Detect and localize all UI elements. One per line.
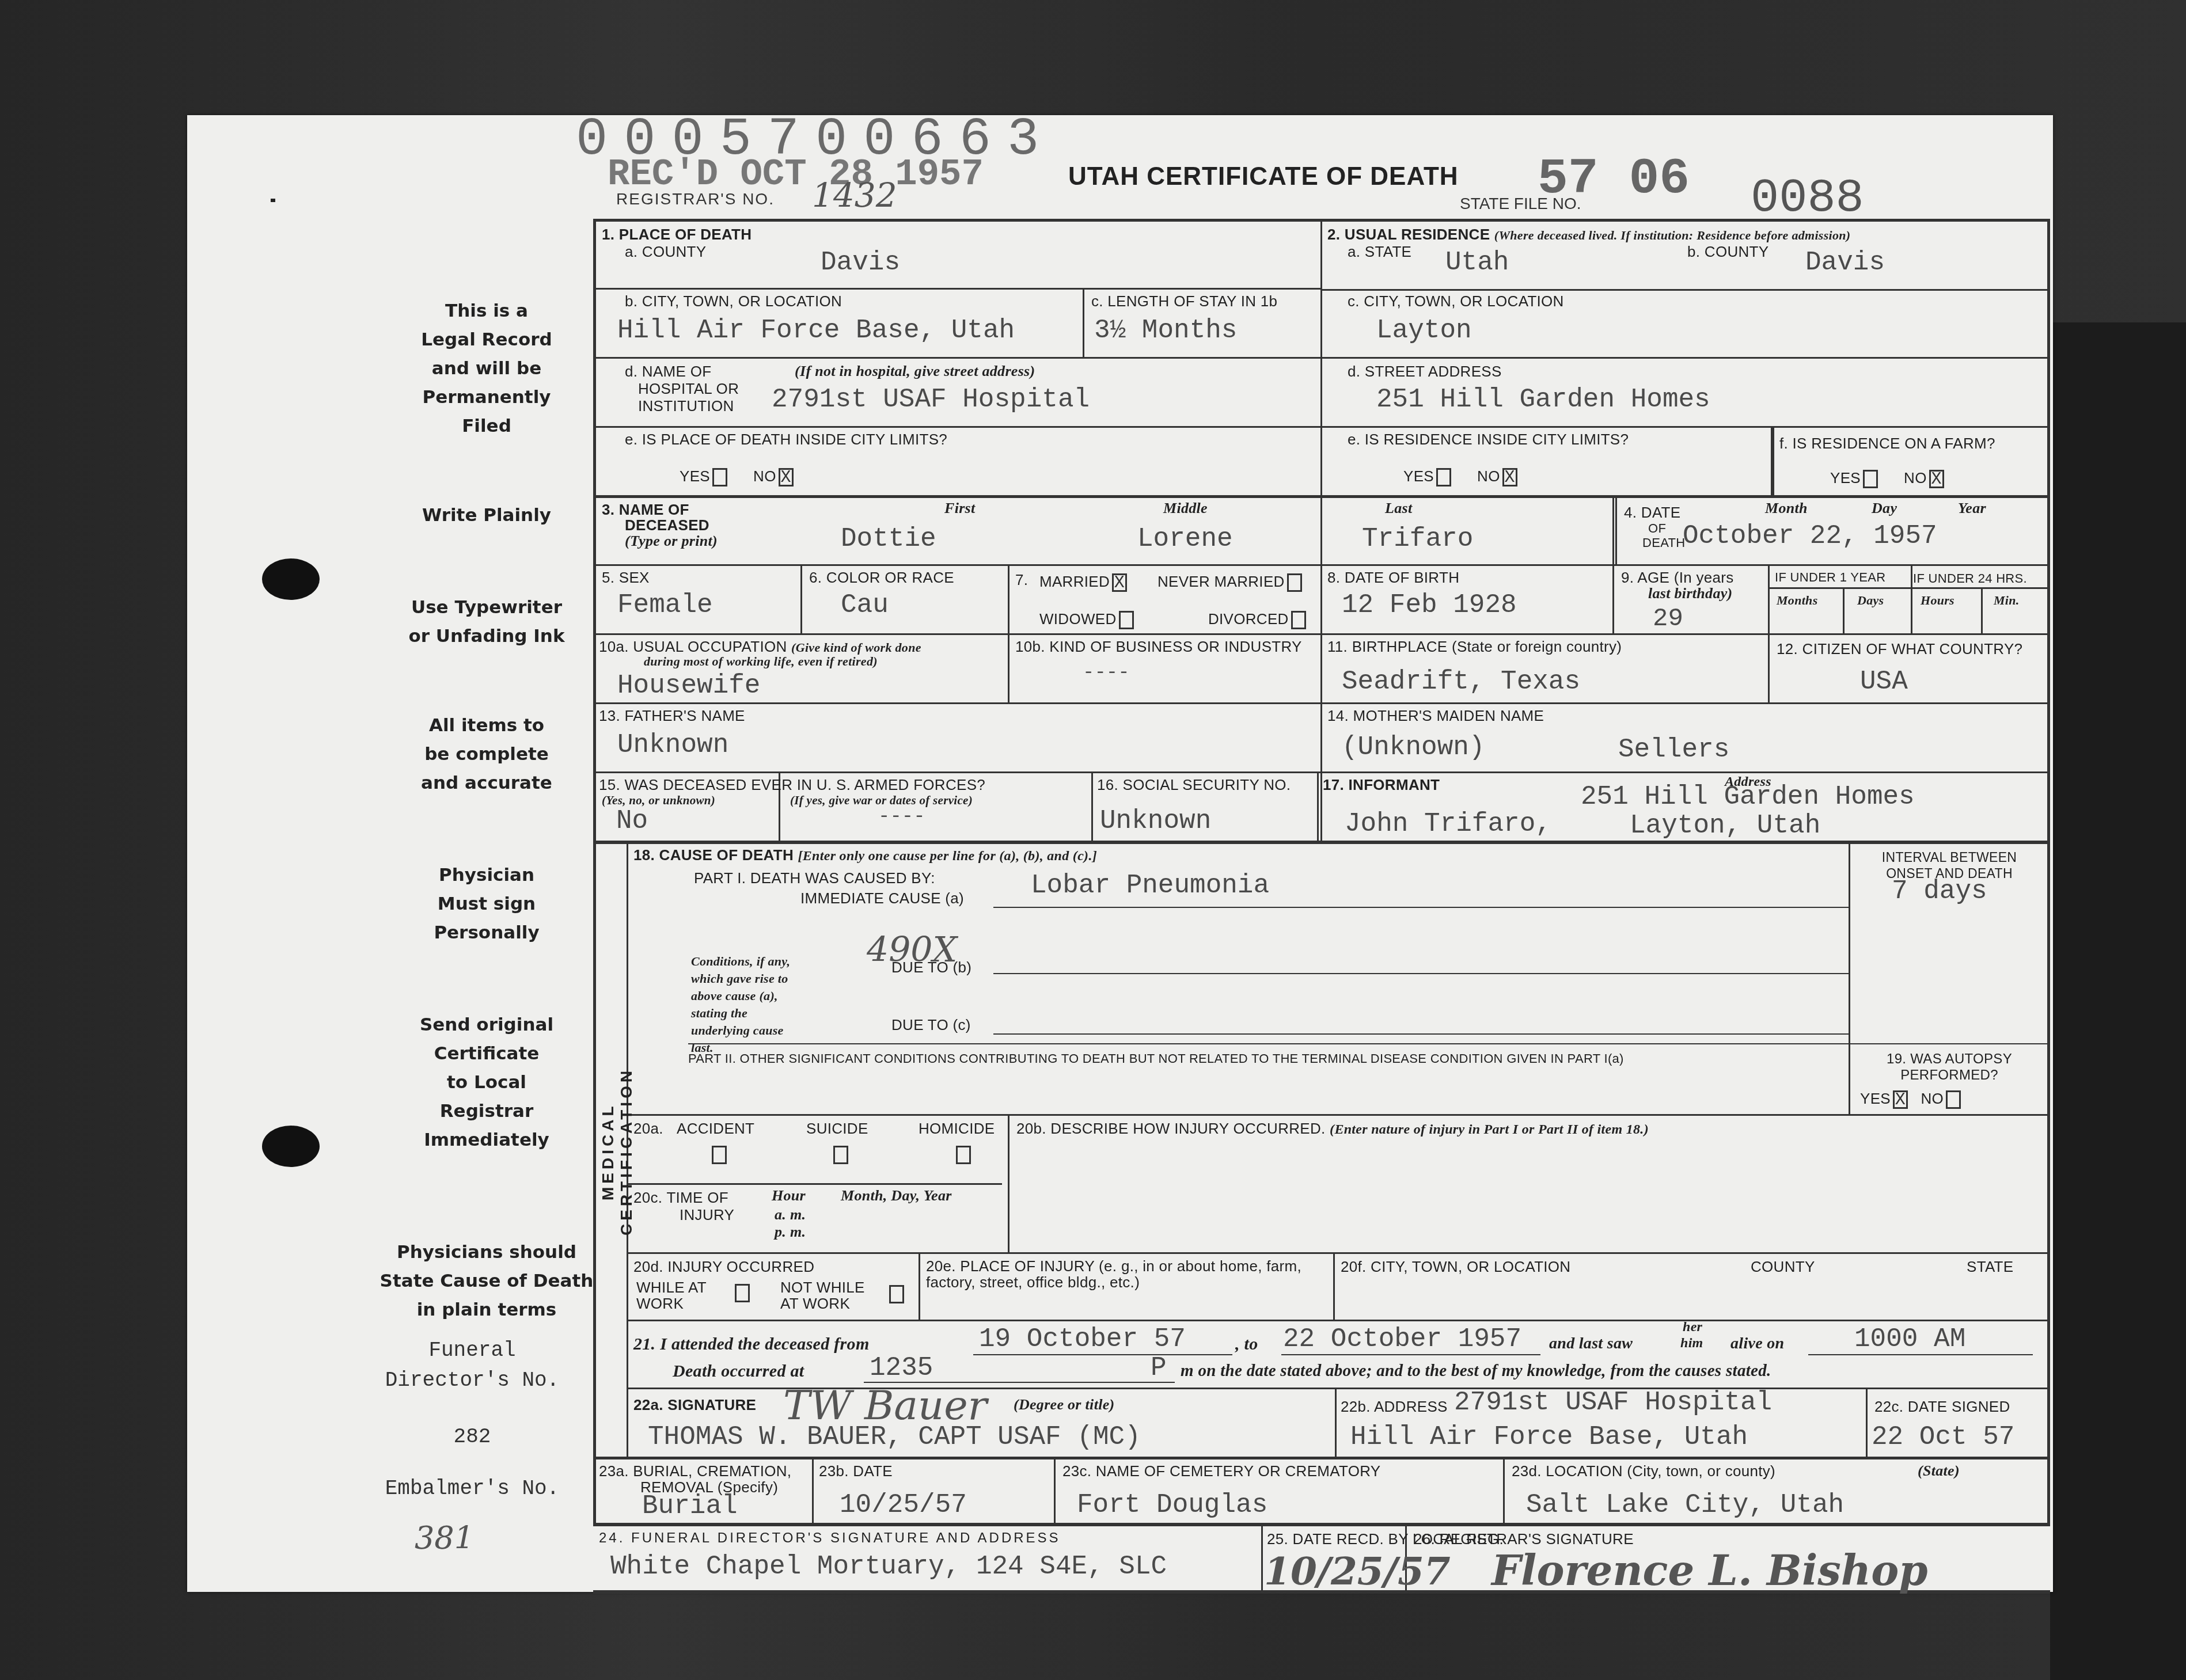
mother-last-field[interactable]: Sellers bbox=[1618, 735, 1729, 765]
rule bbox=[1091, 771, 1093, 841]
punch-hole bbox=[262, 558, 320, 600]
page-title: UTAH CERTIFICATE OF DEATH bbox=[1068, 162, 1459, 191]
dod-label-3: DEATH bbox=[1642, 535, 1685, 550]
death-city-limits-label: e. IS PLACE OF DEATH INSIDE CITY LIMITS? bbox=[625, 431, 947, 448]
dod-year-label: Year bbox=[1958, 500, 1986, 517]
sex-label: 5. SEX bbox=[602, 569, 650, 587]
rule bbox=[1768, 633, 1770, 702]
informant-address-1-field[interactable]: 251 Hill Garden Homes bbox=[1581, 782, 1915, 812]
last-seen-field[interactable]: 1000 AM bbox=[1854, 1324, 1965, 1354]
disposition-date-field[interactable]: 10/25/57 bbox=[840, 1490, 967, 1520]
homicide-checkbox[interactable] bbox=[956, 1146, 971, 1164]
min-label: Min. bbox=[1994, 593, 2020, 608]
armed-forces-label: 15. WAS DECEASED EVER IN U. S. ARMED FOR… bbox=[599, 776, 985, 794]
rule bbox=[1849, 841, 1850, 1114]
race-label: 6. COLOR OR RACE bbox=[809, 569, 954, 587]
rule bbox=[973, 1354, 1232, 1355]
informant-label: 17. INFORMANT bbox=[1323, 776, 1440, 794]
rule bbox=[993, 907, 1849, 908]
name-label-3: (Type or print) bbox=[625, 533, 718, 550]
death-city-field[interactable]: Hill Air Force Base, Utah bbox=[617, 316, 1015, 345]
divorced-checkbox[interactable] bbox=[1291, 611, 1306, 629]
first-name-field[interactable]: Dottie bbox=[841, 524, 936, 554]
rule bbox=[993, 1033, 1849, 1035]
rule bbox=[628, 1320, 2050, 1321]
months-label: Months bbox=[1777, 593, 1818, 608]
punch-hole bbox=[262, 1126, 320, 1167]
rule bbox=[1261, 1523, 1263, 1592]
rule bbox=[1612, 495, 1614, 564]
rule bbox=[1503, 1457, 1505, 1523]
manner-label: 20a. bbox=[633, 1120, 663, 1138]
manner-suicide-label: SUICIDE bbox=[806, 1120, 868, 1138]
funeral-director-label: 24. FUNERAL DIRECTOR'S SIGNATURE AND ADD… bbox=[599, 1530, 1061, 1546]
autopsy-no-checkbox[interactable] bbox=[1946, 1090, 1961, 1109]
industry-field[interactable]: ---- bbox=[1083, 662, 1130, 684]
res-state-label: a. STATE bbox=[1348, 243, 1411, 261]
rule bbox=[919, 1252, 920, 1320]
autopsy-yes-checkbox[interactable]: X bbox=[1893, 1090, 1908, 1109]
hospital-label-1: d. NAME OF bbox=[625, 363, 711, 381]
birthplace-label: 11. BIRTHPLACE (State or foreign country… bbox=[1327, 638, 1622, 656]
res-city-label: c. CITY, TOWN, OR LOCATION bbox=[1348, 292, 1564, 310]
margin-note-write-plainly: Write Plainly bbox=[360, 501, 613, 530]
cert-address-1-field[interactable]: 2791st USAF Hospital bbox=[1454, 1388, 1772, 1417]
rule bbox=[593, 288, 1322, 290]
ssn-label: 16. SOCIAL SECURITY NO. bbox=[1097, 776, 1291, 794]
rule bbox=[1322, 289, 2050, 291]
rule bbox=[1773, 426, 1774, 495]
death-city-limits-yes-checkbox[interactable] bbox=[712, 468, 727, 486]
alive-on-label: alive on bbox=[1730, 1335, 1784, 1353]
occupation-field[interactable]: Housewife bbox=[617, 671, 760, 701]
hours-label: Hours bbox=[1921, 593, 1955, 608]
name-label-2: DECEASED bbox=[625, 516, 709, 534]
rule bbox=[1615, 495, 1617, 564]
rule bbox=[1808, 1354, 2033, 1355]
part1-label: PART I. DEATH WAS CAUSED BY: bbox=[694, 869, 935, 887]
hospital-label-2: HOSPITAL OR bbox=[638, 380, 739, 398]
rule bbox=[1008, 1114, 1009, 1252]
birthplace-field[interactable]: Seadrift, Texas bbox=[1342, 667, 1580, 697]
res-street-field[interactable]: 251 Hill Garden Homes bbox=[1376, 385, 1710, 415]
disposition-date-label: 23b. DATE bbox=[819, 1462, 893, 1480]
res-street-label: d. STREET ADDRESS bbox=[1348, 363, 1502, 381]
farm-options: YES NOX bbox=[1830, 469, 1944, 488]
backing-board bbox=[2050, 322, 2186, 1680]
occupation-hint: during most of working life, even if ret… bbox=[644, 654, 878, 669]
rule bbox=[593, 841, 2050, 844]
father-label: 13. FATHER'S NAME bbox=[599, 707, 745, 725]
rule bbox=[1843, 587, 1845, 633]
sex-field[interactable]: Female bbox=[617, 590, 713, 620]
res-county-label: b. COUNTY bbox=[1687, 243, 1768, 261]
rule bbox=[800, 564, 802, 633]
cemetery-label: 23c. NAME OF CEMETERY OR CREMATORY bbox=[1062, 1462, 1380, 1480]
hour-label: Hour bbox=[772, 1187, 806, 1204]
hospital-hint: (If not in hospital, give street address… bbox=[795, 363, 1035, 380]
date-signed-field[interactable]: 22 Oct 57 bbox=[1872, 1422, 2014, 1452]
marital-divorced: DIVORCED bbox=[1208, 610, 1306, 629]
date-of-death-field[interactable]: October 22, 1957 bbox=[1683, 521, 1937, 551]
death-city-limits-options: YES NOX bbox=[680, 467, 794, 486]
medical-certification-label: MEDICAL CERTIFICATION bbox=[599, 1036, 628, 1267]
res-city-field[interactable]: Layton bbox=[1376, 316, 1472, 345]
cert-address-label: 22b. ADDRESS bbox=[1341, 1398, 1448, 1416]
hospital-field[interactable]: 2791st USAF Hospital bbox=[772, 385, 1090, 415]
disposition-state-label: (State) bbox=[1918, 1462, 1960, 1480]
due-to-c-label: DUE TO (c) bbox=[891, 1016, 971, 1034]
under-24-label: IF UNDER 24 HRS. bbox=[1913, 571, 2027, 586]
pm-label: p. m. bbox=[775, 1223, 806, 1241]
citizen-label: 12. CITIZEN OF WHAT COUNTRY? bbox=[1777, 640, 2022, 658]
rule bbox=[1866, 1388, 1868, 1457]
rule bbox=[1768, 564, 1770, 633]
state-file-label: STATE FILE NO. bbox=[1460, 195, 1581, 213]
death-county-field[interactable]: Davis bbox=[821, 248, 900, 278]
attestation-statement: m on the date stated above; and to the b… bbox=[1181, 1362, 1771, 1381]
autopsy-options: YESX NO bbox=[1860, 1090, 1961, 1109]
first-name-label: First bbox=[944, 500, 976, 517]
rule bbox=[1768, 587, 2050, 589]
margin-note-legal-record: This is a Legal Record and will be Perma… bbox=[360, 297, 613, 440]
dod-label-1: 4. DATE bbox=[1624, 504, 1680, 522]
place-of-death-heading: 1. PLACE OF DEATH bbox=[602, 226, 752, 244]
dob-label: 8. DATE OF BIRTH bbox=[1327, 569, 1459, 587]
cemetery-field[interactable]: Fort Douglas bbox=[1077, 1490, 1267, 1520]
res-city-limits-no-checkbox[interactable]: X bbox=[1502, 468, 1517, 486]
res-city-limits-options: YES NOX bbox=[1403, 467, 1517, 486]
title-main: CERTIFICATE OF DEATH bbox=[1147, 162, 1458, 191]
immediate-cause-field[interactable]: Lobar Pneumonia bbox=[1031, 871, 1269, 900]
age-label-2: last birthday) bbox=[1648, 585, 1733, 602]
suicide-checkbox[interactable] bbox=[833, 1146, 848, 1164]
informant-field[interactable]: John Trifaro, bbox=[1345, 809, 1551, 839]
him-label: him bbox=[1680, 1336, 1703, 1351]
rule bbox=[1008, 564, 1009, 702]
farm-no-checkbox[interactable]: X bbox=[1929, 470, 1944, 488]
not-while-at-work-checkbox[interactable] bbox=[889, 1285, 904, 1303]
funeral-director-field[interactable]: White Chapel Mortuary, 124 S4E, SLC bbox=[610, 1552, 1167, 1582]
injury-state-label: STATE bbox=[1967, 1258, 2013, 1276]
age-field[interactable]: 29 bbox=[1653, 605, 1683, 633]
margin-note-plain-terms: Physicians should State Cause of Death i… bbox=[351, 1238, 622, 1324]
disposition-location-field[interactable]: Salt Lake City, Utah bbox=[1526, 1490, 1844, 1520]
margin-note-typewriter: Use Typewriter or Unfading Ink bbox=[360, 593, 613, 651]
margin-note-send-original: Send original Certificate to Local Regis… bbox=[360, 1010, 613, 1154]
father-field[interactable]: Unknown bbox=[617, 730, 728, 760]
date-recd-field[interactable]: 10/25/57 bbox=[1264, 1549, 1451, 1594]
days-label: Days bbox=[1857, 593, 1884, 608]
res-county-field[interactable]: Davis bbox=[1805, 248, 1885, 278]
rule bbox=[628, 1252, 2050, 1254]
mdy-label: Month, Day, Year bbox=[841, 1187, 952, 1204]
res-city-limits-yes-checkbox[interactable] bbox=[1436, 468, 1451, 486]
county-label: a. COUNTY bbox=[625, 243, 706, 261]
interval-field[interactable]: 7 days bbox=[1892, 876, 1987, 906]
her-label: her bbox=[1683, 1320, 1702, 1335]
rule bbox=[1335, 1388, 1337, 1457]
under-1-year-label: IF UNDER 1 YEAR bbox=[1775, 570, 1885, 585]
death-occurred-label: Death occurred at bbox=[673, 1362, 804, 1381]
service-dates-field[interactable]: ---- bbox=[878, 806, 925, 828]
res-city-limits-label: e. IS RESIDENCE INSIDE CITY LIMITS? bbox=[1348, 431, 1629, 448]
length-of-stay-label: c. LENGTH OF STAY IN 1b bbox=[1091, 292, 1277, 310]
while-at-work-label: WHILE AT WORK bbox=[636, 1279, 711, 1312]
last-name-field[interactable]: Trifaro bbox=[1362, 524, 1473, 554]
due-to-b-label: DUE TO (b) bbox=[891, 959, 971, 976]
marital-widowed: WIDOWED bbox=[1039, 610, 1134, 629]
middle-name-field[interactable]: Lorene bbox=[1137, 524, 1233, 554]
rule bbox=[628, 1183, 1002, 1185]
marital-never-married: NEVER MARRIED bbox=[1157, 573, 1302, 592]
usual-residence-heading: 2. USUAL RESIDENCE (Where deceased lived… bbox=[1327, 226, 1850, 244]
manner-accident-label: ACCIDENT bbox=[677, 1120, 754, 1138]
degree-label: (Degree or title) bbox=[1014, 1396, 1114, 1413]
death-city-label: b. CITY, TOWN, OR LOCATION bbox=[625, 292, 842, 310]
rule bbox=[1333, 1252, 1335, 1320]
margin-note-complete: All items to be complete and accurate bbox=[360, 711, 613, 797]
middle-name-label: Middle bbox=[1163, 500, 1208, 517]
state-file-no: 0088 bbox=[1751, 172, 1864, 225]
dod-month-label: Month bbox=[1765, 500, 1808, 517]
rule bbox=[1320, 219, 1322, 841]
armed-forces-field[interactable]: No bbox=[616, 806, 648, 836]
place-injury-label: 20e. PLACE OF INJURY (e. g., in or about… bbox=[926, 1258, 1329, 1290]
registrars-no-label: REGISTRAR'S NO. bbox=[616, 190, 775, 208]
injury-county-label: COUNTY bbox=[1751, 1258, 1815, 1276]
cert-address-2-field[interactable]: Hill Air Force Base, Utah bbox=[1350, 1422, 1748, 1452]
meridiem-field[interactable]: P bbox=[1151, 1353, 1167, 1383]
attended-label: 21. I attended the deceased from bbox=[633, 1335, 870, 1354]
informant-address-2-field[interactable]: Layton, Utah bbox=[1630, 811, 1820, 841]
rule bbox=[1281, 1354, 1540, 1355]
rule bbox=[1612, 564, 1614, 633]
never-married-checkbox[interactable] bbox=[1287, 573, 1302, 592]
time-injury-label-2: INJURY bbox=[680, 1206, 734, 1224]
embalmer-no: 381 bbox=[415, 1520, 474, 1556]
rule bbox=[1054, 1457, 1056, 1523]
res-state-field[interactable]: Utah bbox=[1445, 248, 1509, 278]
manner-homicide-label: HOMICIDE bbox=[919, 1120, 995, 1138]
last-saw-label: and last saw bbox=[1549, 1335, 1633, 1353]
industry-label: 10b. KIND OF BUSINESS OR INDUSTRY bbox=[1015, 638, 1302, 656]
attended-from-field[interactable]: 19 October 57 bbox=[979, 1324, 1186, 1354]
not-while-at-work-label: NOT WHILE AT WORK bbox=[780, 1279, 872, 1312]
last-name-label: Last bbox=[1385, 500, 1412, 517]
injury-city-label: 20f. CITY, TOWN, OR LOCATION bbox=[1341, 1258, 1570, 1276]
occupation-label: 10a. USUAL OCCUPATION (Give kind of work… bbox=[599, 638, 921, 656]
rule bbox=[1911, 564, 1912, 633]
while-at-work-checkbox[interactable] bbox=[735, 1284, 750, 1302]
registrar-signature[interactable]: Florence L. Bishop bbox=[1492, 1546, 1928, 1595]
immediate-cause-label: IMMEDIATE CAUSE (a) bbox=[800, 890, 964, 907]
part2-label: PART II. OTHER SIGNIFICANT CONDITIONS CO… bbox=[688, 1051, 1624, 1066]
to-label: , to bbox=[1235, 1335, 1258, 1354]
marital-label: 7. bbox=[1015, 571, 1028, 589]
attended-to-field[interactable]: 22 October 1957 bbox=[1283, 1324, 1521, 1354]
embalmer-no-label: Embalmer's No. bbox=[346, 1474, 599, 1504]
rule bbox=[1317, 771, 1319, 841]
injury-occurred-label: 20d. INJURY OCCURRED bbox=[633, 1258, 814, 1276]
rule bbox=[688, 1043, 2050, 1044]
am-label: a. m. bbox=[775, 1206, 806, 1223]
rule bbox=[593, 1523, 2050, 1526]
margin-note-physician-sign: Physician Must sign Personally bbox=[360, 861, 613, 947]
signer-field[interactable]: THOMAS W. BAUER, CAPT USAF (MC) bbox=[648, 1422, 1141, 1452]
rule bbox=[628, 1114, 2050, 1116]
time-injury-label-1: 20c. TIME OF bbox=[633, 1189, 728, 1207]
cause-heading: 18. CAUSE OF DEATH [Enter only one cause… bbox=[633, 846, 1097, 864]
dod-day-label: Day bbox=[1872, 500, 1897, 517]
mother-first-field[interactable]: (Unknown) bbox=[1342, 732, 1485, 762]
age-label-1: 9. AGE (In years bbox=[1621, 569, 1734, 587]
widowed-checkbox[interactable] bbox=[1119, 611, 1134, 629]
funeral-director-no: 282 bbox=[346, 1422, 599, 1452]
farm-yes-checkbox[interactable] bbox=[1863, 470, 1878, 488]
length-of-stay-field[interactable]: 3½ Months bbox=[1094, 316, 1237, 345]
disposition-location-label: 23d. LOCATION (City, town, or county) bbox=[1512, 1462, 1775, 1480]
signature-label: 22a. SIGNATURE bbox=[633, 1396, 756, 1414]
title-state: UTAH bbox=[1068, 162, 1139, 191]
funeral-director-no-label: Funeral Director's No. bbox=[346, 1336, 599, 1396]
conditions-hint: Conditions, if any, which gave rise to a… bbox=[691, 953, 795, 1056]
death-time-field[interactable]: 1235 bbox=[870, 1353, 933, 1383]
race-field[interactable]: Cau bbox=[841, 590, 889, 620]
accident-checkbox[interactable] bbox=[712, 1146, 727, 1164]
farm-label: f. IS RESIDENCE ON A FARM? bbox=[1779, 435, 1995, 453]
autopsy-label: 19. WAS AUTOPSY PERFORMED? bbox=[1854, 1051, 2044, 1084]
married-checkbox[interactable]: X bbox=[1112, 573, 1127, 592]
death-city-limits-no-checkbox[interactable]: X bbox=[779, 468, 794, 486]
rule bbox=[1083, 288, 1084, 357]
date-signed-label: 22c. DATE SIGNED bbox=[1874, 1398, 2010, 1416]
marital-married: MARRIEDX bbox=[1039, 573, 1127, 592]
dod-label-2: OF bbox=[1648, 521, 1666, 536]
hospital-label-3: INSTITUTION bbox=[638, 397, 734, 415]
ssn-field[interactable]: Unknown bbox=[1100, 806, 1211, 836]
disposition-method-label-1: 23a. BURIAL, CREMATION, bbox=[599, 1462, 791, 1480]
mother-label: 14. MOTHER'S MAIDEN NAME bbox=[1327, 707, 1544, 725]
injury-describe-label: 20b. DESCRIBE HOW INJURY OCCURRED. (Ente… bbox=[1016, 1120, 1649, 1138]
rule bbox=[993, 973, 1849, 974]
speck bbox=[271, 199, 275, 202]
rule bbox=[1981, 587, 1983, 633]
disposition-method-field[interactable]: Burial bbox=[642, 1491, 738, 1521]
rule bbox=[812, 1457, 814, 1523]
registrars-no: 1432 bbox=[812, 176, 897, 215]
dob-field[interactable]: 12 Feb 1928 bbox=[1342, 590, 1517, 620]
citizen-field[interactable]: USA bbox=[1860, 667, 1908, 697]
